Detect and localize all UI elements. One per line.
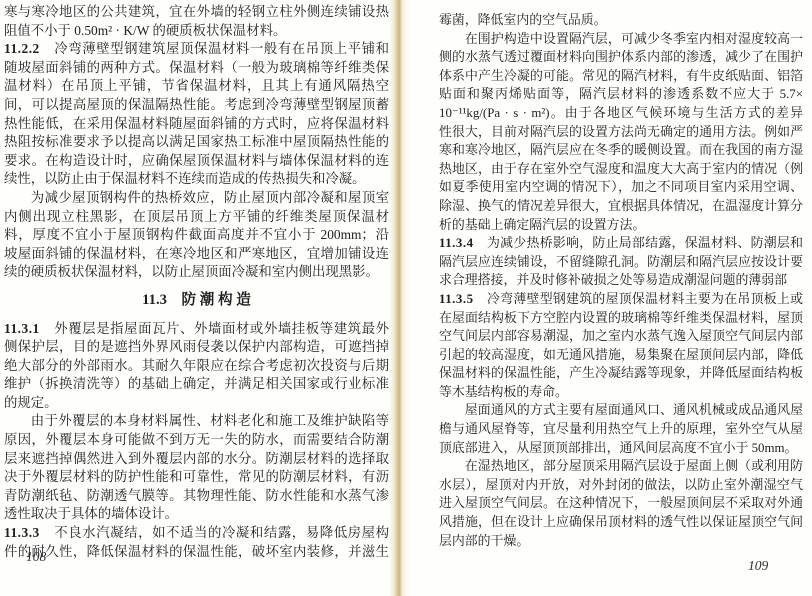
text-line: 11.3.4 为减少热桥影响，防止局部结露，保温材料、防潮层和 — [439, 234, 803, 253]
text-line: 的规定。 — [4, 394, 389, 413]
text-line: 顶底部进入，从屋顶顶部排出，通风间层高度不宜小于 50mm。 — [439, 439, 803, 458]
book-spine — [389, 0, 411, 596]
text-line: 除湿、换气的情况差异很大，宜根据具体情况，在温湿度计算分 — [439, 197, 803, 216]
text-line: 寒和寒冷地区，隔汽层应在冬季的暖侧设置。而在我国的南方湿 — [439, 141, 803, 160]
text-line: 热阻按标准要求予以提高以满足国家热工标准中屋顶隔热性能的 — [4, 133, 389, 152]
clause-number: 11.3.3 — [4, 525, 40, 540]
text-line: 空气间层内部容易潮湿，加之室内水蒸气逸入屋顶空气间层内部 — [439, 327, 803, 346]
book-spread: 寒与寒冷地区的公共建筑，宜在外墙的轻钢立柱外侧连续铺设热阻值不小于 0.50m²… — [0, 0, 812, 596]
text-line: 引起的较高湿度，如无通风措施，易集聚在屋顶间层内部，降低 — [439, 346, 803, 365]
text-line: 内侧出现立柱黑影，在顶层吊顶上方平铺的纤维类屋顶保温材 — [4, 208, 389, 227]
text-line: 贴面和聚丙烯贴面等，隔汽层材料的渗透系数不应大于 5.7× — [439, 85, 803, 104]
text-line: 11.3.3 不良水汽凝结，如不适当的冷凝和结露，易降低房屋构 — [4, 524, 389, 543]
text-line: 层来遮挡掉偶然进入到外覆层内部的水分。防潮层材料的选择取 — [4, 450, 389, 469]
text-line: 11.3.1 外覆层是指屋面瓦片、外墙面材或外墙挂板等建筑最外 — [4, 320, 389, 339]
text-line: 料，厚度不宜小于屋顶钢构件截面高度并不宜小于 200mm；沿 — [4, 226, 389, 245]
text-line: 隔汽层应连续铺设，不留缝隙孔洞。防潮层和隔汽层应按设计要 — [439, 253, 803, 272]
text-line: 件的耐久性，降低保温材料的保温性能，破坏室内装修，并滋生 — [4, 543, 389, 562]
page-number-right: 109 — [748, 558, 768, 574]
section-heading: 11.3 防 潮 构 造 — [4, 291, 389, 310]
text-line: 11.2.2 冷弯薄壁型钢建筑屋顶保温材料一般有在吊顶上平铺和 — [4, 40, 389, 59]
text-line: 层内部的干燥。 — [439, 532, 803, 551]
text-line: 由于外覆层的本身材料属性、材料老化和施工及维护缺陷等 — [4, 412, 389, 431]
text-line: 坡屋面斜铺的保温材料，在寒冷地区和严寒地区，宜增加铺设连 — [4, 245, 389, 264]
text-line: 等木基结构板的寿命。 — [439, 383, 803, 402]
text-line: 在屋面结构板下方空腔内设置的玻璃棉等纤维类保温材料，屋顶 — [439, 309, 803, 328]
text-line: 求合理搭接，并及时修补破损之处等易造成潮湿问题的薄弱部位。 — [439, 271, 803, 290]
text-line: 析的基础上确定隔汽层的设置方法。 — [439, 216, 803, 235]
clause-number: 11.2.2 — [4, 41, 40, 56]
text-line: 续性，以防止由于保温材料不连续而造成的传热损失和冷凝。 — [4, 170, 389, 189]
text-line: 进入屋顶空气间层。在这种情况下，一般屋顶间层不采取对外通 — [439, 494, 803, 513]
text-line: 原因，外覆层本身可能做不到万无一失的防水，而需要结合防潮 — [4, 431, 389, 450]
clause-number: 11.3.1 — [4, 321, 40, 336]
text-line: 性很大，目前对隔汽层的设置方法尚无确定的通用方法。例如严 — [439, 123, 803, 142]
text-line: 水层），屋顶对内开放，对外封闭的做法，以防止室外潮湿空气 — [439, 476, 803, 495]
text-line: 如夏季使用室内空调的情况下），加之不同项目室内采用空调、 — [439, 178, 803, 197]
clause-number: 11.3.5 — [439, 292, 474, 306]
text-line: 绝大部分的外部雨水。其耐久年限应在综合考虑初次投资与后期 — [4, 357, 389, 376]
text-line: 要求。在构造设计时，应确保屋顶保温材料与墙体保温材料的连 — [4, 152, 389, 171]
text-line: 随坡屋面斜铺的两种方式。保温材料（一般为玻璃棉等纤维类保 — [4, 59, 389, 78]
text-line: 在围护构造中设置隔汽层，可减少冬季室内相对湿度较高一 — [439, 30, 803, 49]
text-line: 青防潮纸毡、防潮透气膜等。其物理性能、防水性能和水蒸气渗 — [4, 487, 389, 506]
text-line: 温材料）在吊顶上平铺，节省保温材料，且其上有通风隔热空 — [4, 77, 389, 96]
text-line: 霉菌，降低室内的空气品质。 — [439, 11, 803, 30]
text-line: 在湿热地区，部分屋顶采用隔汽层设于屋面上侧（或利用防 — [439, 457, 803, 476]
text-line: 11.3.5 冷弯薄壁型钢建筑的屋顶保温材料主要为在吊顶板上或 — [439, 290, 803, 309]
right-page: 霉菌，降低室内的空气品质。在围护构造中设置隔汽层，可减少冬季室内相对湿度较高一侧… — [439, 11, 803, 550]
text-line: 热地区，由于存在室外空气湿度和温度大大高于室内的情况（例 — [439, 160, 803, 179]
text-line: 透性取决于具体的墙体设计。 — [4, 505, 389, 524]
text-line: 檐与通风屋脊等，宜尽量利用热空气上升的原理，室外空气从屋 — [439, 420, 803, 439]
text-line: 续的硬质板状保温材料，以防止屋顶面冷凝和室内侧出现黑影。 — [4, 263, 389, 282]
text-line: 间，可以提高屋顶的保温隔热性能。考虑到冷弯薄壁型钢屋顶蓄 — [4, 96, 389, 115]
text-line: 风措施，但在设计上应确保吊顶材料的透气性以保证屋顶空气间 — [439, 513, 803, 532]
text-line: 决于外覆层材料的防护性能和可靠性，常见的防潮层材料，有沥 — [4, 468, 389, 487]
text-line: 屋面通风的方式主要有屋面通风口、通风机械或成品通风屋 — [439, 401, 803, 420]
text-line: 维护（拆换清洗等）的基础上确定，并满足相关国家或行业标准 — [4, 375, 389, 394]
left-page: 寒与寒冷地区的公共建筑，宜在外墙的轻钢立柱外侧连续铺设热阻值不小于 0.50m²… — [4, 3, 389, 561]
text-line: 10⁻¹¹kg/(Pa · s · m²)。由于各地区气候环境与生活方式的差异 — [439, 104, 803, 123]
clause-number: 11.3.4 — [439, 236, 474, 250]
text-line: 热性能低，在采用保温材料随屋面斜铺的方式时，应将保温材料 — [4, 115, 389, 134]
page-number-left: 108 — [26, 549, 46, 565]
text-line: 体系中产生冷凝的可能。常见的隔汽材料，有牛皮纸贴面、铝箔 — [439, 67, 803, 86]
text-line: 侧保护层，目的是遮挡外界风雨侵袭以保护内部构造，可遮挡掉 — [4, 338, 389, 357]
text-line: 为减少屋顶钢构件的热桥效应，防止屋顶内部冷凝和屋顶室 — [4, 189, 389, 208]
text-line: 寒与寒冷地区的公共建筑，宜在外墙的轻钢立柱外侧连续铺设热 — [4, 3, 389, 22]
text-line: 保温材料的保温性能，产生冷凝结露等现象，并降低屋面结构板 — [439, 364, 803, 383]
text-line: 侧的水蒸气透过覆面材料向围护体系内部的渗透，减少了在围护 — [439, 48, 803, 67]
text-line: 阻值不小于 0.50m² · K/W 的硬质板状保温材料。 — [4, 22, 389, 41]
